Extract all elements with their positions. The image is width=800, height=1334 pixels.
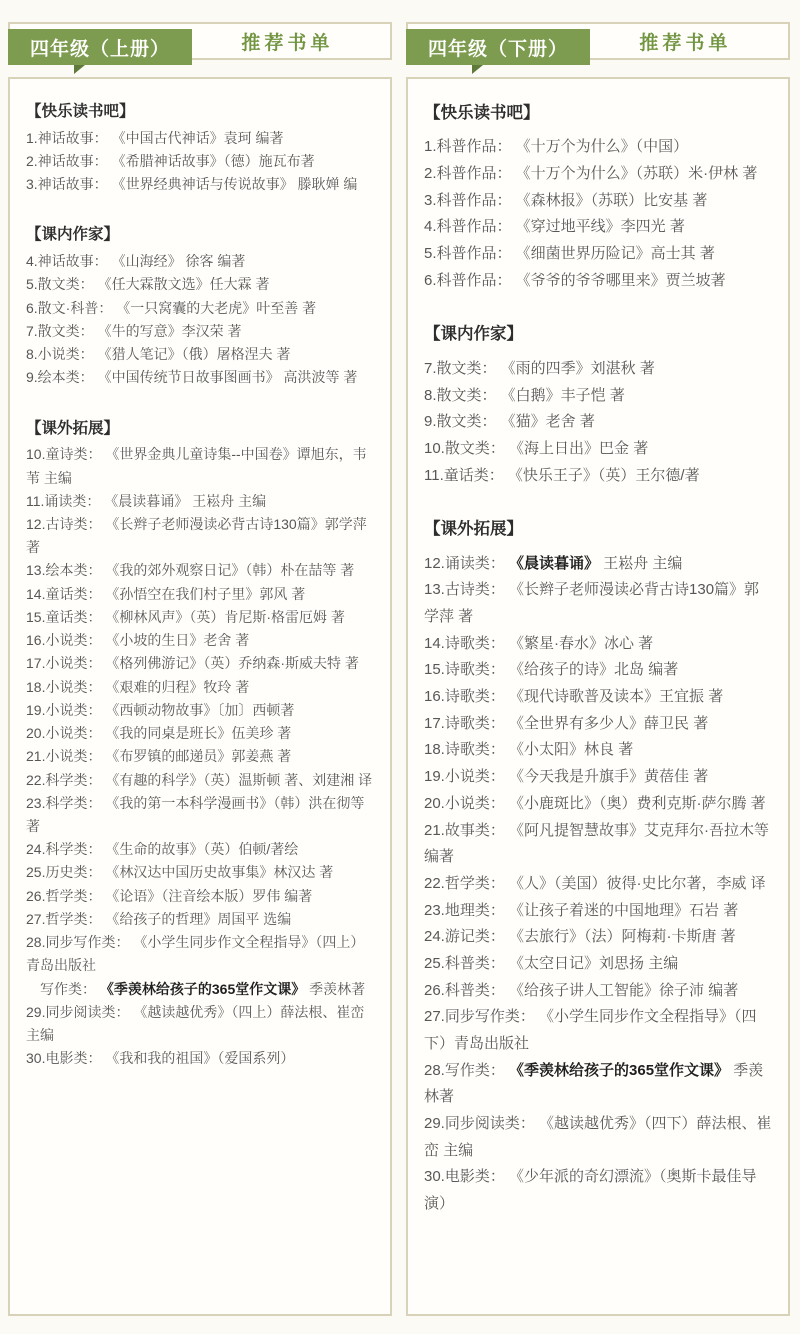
list-item: 3.科普作品： 《森林报》（苏联）比安基 著: [424, 188, 774, 215]
list-item: 8.小说类： 《猎人笔记》（俄）屠格涅夫 著: [26, 343, 376, 366]
list-item: 25.科普类： 《太空日记》刘思扬 主编: [424, 951, 774, 978]
list-item: 10.童诗类： 《世界金典儿童诗集--中国卷》谭旭东，韦苇 主编: [26, 443, 376, 489]
list-item: 5.科普作品： 《细菌世界历险记》高士其 著: [424, 241, 774, 268]
list-item: 18.诗歌类： 《小太阳》林良 著: [424, 737, 774, 764]
book-list-card-volume1: 【快乐读书吧】1.神话故事： 《中国古代神话》袁珂 编著2.神话故事： 《希腊神…: [8, 77, 392, 1316]
list-item: 28.同步写作类： 《小学生同步作文全程指导》（四上）青岛出版社: [26, 931, 376, 977]
list-item: 25.历史类： 《林汉达中国历史故事集》林汉达 著: [26, 861, 376, 884]
list-item: 30.电影类： 《少年派的奇幻漂流》（奥斯卡最佳导演）: [424, 1164, 774, 1217]
list-item: 写作类： 《季羡林给孩子的365堂作文课》 季羡林著: [26, 978, 376, 1001]
list-item: 3.神话故事： 《世界经典神话与传说故事》 滕耿婵 编: [26, 173, 376, 196]
list-item: 20.小说类： 《我的同桌是班长》伍美珍 著: [26, 722, 376, 745]
list-item: 7.散文类： 《牛的写意》李汉荣 著: [26, 320, 376, 343]
tab-grade4-volume2: 四年级（下册）: [406, 29, 590, 65]
list-item: 24.游记类： 《去旅行》（法）阿梅莉·卡斯唐 著: [424, 924, 774, 951]
list-item: 8.散文类： 《白鹅》丰子恺 著: [424, 383, 774, 410]
list-item: 23.科学类： 《我的第一本科学漫画书》（韩）洪在彻等著: [26, 792, 376, 838]
list-item: 10.散文类： 《海上日出》巴金 著: [424, 436, 774, 463]
list-item: 14.童话类： 《孙悟空在我们村子里》郭风 著: [26, 583, 376, 606]
list-item: 23.地理类： 《让孩子着迷的中国地理》石岩 著: [424, 898, 774, 925]
list-item: 27.同步写作类： 《小学生同步作文全程指导》（四下）青岛出版社: [424, 1004, 774, 1057]
list-item: 14.诗歌类： 《繁星·春水》冰心 著: [424, 631, 774, 658]
list-item: 9.散文类： 《猫》老舍 著: [424, 409, 774, 436]
tab-grade4-volume1: 四年级（上册）: [8, 29, 192, 65]
list-item: 22.科学类： 《有趣的科学》（英）温斯顿 著、刘建湘 译: [26, 769, 376, 792]
list-item: 11.诵读类： 《晨读暮诵》 王崧舟 主编: [26, 490, 376, 513]
list-item: 13.古诗类： 《长辫子老师漫读必背古诗130篇》郭学萍 著: [424, 577, 774, 630]
list-item: 29.同步阅读类： 《越读越优秀》（四上）薛法根、崔峦 主编: [26, 1001, 376, 1047]
list-item: 26.科普类： 《给孩子讲人工智能》徐子沛 编著: [424, 978, 774, 1005]
list-item: 7.散文类： 《雨的四季》刘湛秋 著: [424, 356, 774, 383]
list-item: 4.科普作品： 《穿过地平线》李四光 著: [424, 214, 774, 241]
list-item: 15.童话类： 《柳林风声》（英）肯尼斯·格雷厄姆 著: [26, 606, 376, 629]
list-item: 22.哲学类： 《人》（美国）彼得·史比尔著，李威 译: [424, 871, 774, 898]
list-item: 30.电影类： 《我和我的祖国》（爱国系列）: [26, 1047, 376, 1070]
list-item: 2.神话故事： 《希腊神话故事》（德）施瓦布著: [26, 150, 376, 173]
list-item: 11.童话类： 《快乐王子》（英）王尔德/著: [424, 463, 774, 490]
list-item: 12.古诗类： 《长辫子老师漫读必背古诗130篇》郭学萍 著: [26, 513, 376, 559]
list-item: 29.同步阅读类： 《越读越优秀》（四下）薛法根、崔峦 主编: [424, 1111, 774, 1164]
list-item: 21.故事类： 《阿凡提智慧故事》艾克拜尔·吾拉木等编著: [424, 818, 774, 871]
list-item: 5.散文类： 《任大霖散文选》任大霖 著: [26, 273, 376, 296]
recommended-list-title-volume2: 推荐书单: [583, 24, 788, 58]
list-item: 12.诵读类： 《晨读暮诵》 王崧舟 主编: [424, 551, 774, 578]
column-grade4-volume2: 四年级（下册） 推荐书单 【快乐读书吧】1.科普作品： 《十万个为什么》（中国）…: [406, 6, 790, 1316]
list-item: 18.小说类： 《艰难的归程》牧玲 著: [26, 676, 376, 699]
list-item: 19.小说类： 《西顿动物故事》〔加〕西顿著: [26, 699, 376, 722]
list-item: 16.小说类： 《小坡的生日》老舍 著: [26, 629, 376, 652]
section-title: 【课内作家】: [26, 222, 376, 248]
column-header-volume2: 四年级（下册） 推荐书单: [406, 22, 790, 60]
book-list-page: 四年级（上册） 推荐书单 【快乐读书吧】1.神话故事： 《中国古代神话》袁珂 编…: [0, 0, 800, 1334]
column-grade4-volume1: 四年级（上册） 推荐书单 【快乐读书吧】1.神话故事： 《中国古代神话》袁珂 编…: [8, 6, 392, 1316]
list-item: 15.诗歌类： 《给孩子的诗》北岛 编著: [424, 657, 774, 684]
list-item: 13.绘本类： 《我的郊外观察日记》（韩）朴在喆等 著: [26, 559, 376, 582]
list-item: 1.科普作品： 《十万个为什么》（中国）: [424, 134, 774, 161]
list-item: 17.小说类： 《格列佛游记》（英）乔纳森·斯威夫特 著: [26, 652, 376, 675]
list-item: 4.神话故事： 《山海经》 徐客 编著: [26, 250, 376, 273]
list-item: 1.神话故事： 《中国古代神话》袁珂 编著: [26, 127, 376, 150]
section-title: 【课内作家】: [424, 320, 774, 349]
list-item: 28.写作类： 《季羡林给孩子的365堂作文课》 季羡林著: [424, 1058, 774, 1111]
list-item: 26.哲学类： 《论语》（注音绘本版）罗伟 编著: [26, 885, 376, 908]
book-list-card-volume2: 【快乐读书吧】1.科普作品： 《十万个为什么》（中国）2.科普作品： 《十万个为…: [406, 77, 790, 1316]
list-item: 2.科普作品： 《十万个为什么》（苏联）米·伊林 著: [424, 161, 774, 188]
list-item: 27.哲学类： 《给孩子的哲理》周国平 选编: [26, 908, 376, 931]
list-item: 21.小说类： 《布罗镇的邮递员》郭姜燕 著: [26, 745, 376, 768]
list-item: 6.散文·科普： 《一只窝囊的大老虎》叶至善 著: [26, 297, 376, 320]
recommended-list-title-volume1: 推荐书单: [185, 24, 390, 58]
column-header-volume1: 四年级（上册） 推荐书单: [8, 22, 392, 60]
list-item: 16.诗歌类： 《现代诗歌普及读本》王宜振 著: [424, 684, 774, 711]
list-item: 24.科学类： 《生命的故事》（英）伯顿/著绘: [26, 838, 376, 861]
list-item: 6.科普作品： 《爷爷的爷爷哪里来》贾兰坡著: [424, 268, 774, 295]
section-title: 【快乐读书吧】: [424, 99, 774, 128]
list-item: 19.小说类： 《今天我是升旗手》黄蓓佳 著: [424, 764, 774, 791]
section-title: 【快乐读书吧】: [26, 99, 376, 125]
section-title: 【课外拓展】: [424, 515, 774, 544]
section-title: 【课外拓展】: [26, 416, 376, 442]
list-item: 17.诗歌类： 《全世界有多少人》薛卫民 著: [424, 711, 774, 738]
list-item: 20.小说类： 《小鹿斑比》（奥）费利克斯·萨尔腾 著: [424, 791, 774, 818]
list-item: 9.绘本类： 《中国传统节日故事图画书》 高洪波等 著: [26, 366, 376, 389]
